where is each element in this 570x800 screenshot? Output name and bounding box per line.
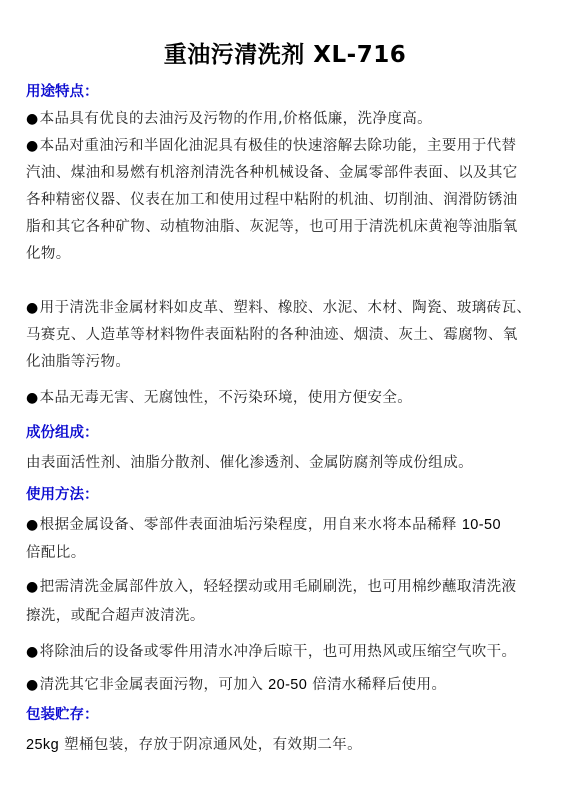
uses-line-9: 化油脂等污物。 xyxy=(26,350,130,371)
bullet-icon: ● xyxy=(26,300,39,316)
section-heading-packaging: 包装贮存： xyxy=(26,703,99,724)
uses-line-8: 马赛克、人造革等材料物件表面粘附的各种油迹、烟渍、灰土、霉腐物、氧 xyxy=(26,323,518,344)
usage-line-5: ●将除油后的设备或零件用清水冲净后晾干，也可用热风或压缩空气吹干。 xyxy=(26,640,516,661)
bullet-icon: ● xyxy=(26,138,39,154)
bullet-icon: ● xyxy=(26,677,39,693)
uses-line-4: 各种精密仪器、仪表在加工和使用过程中粘附的机油、切削油、润滑防锈油 xyxy=(26,188,518,209)
uses-line-3: 汽油、煤油和易燃有机溶剂清洗各种机械设备、金属零部件表面、以及其它 xyxy=(26,161,518,182)
paragraph-text: 用于清洗非金属材料如皮革、塑料、橡胶、水泥、木材、陶瓷、玻璃砖瓦、 xyxy=(40,300,532,316)
paragraph-text: 根据金属设备、零部件表面油垢污染程度，用自来水将本品稀释 xyxy=(40,517,457,533)
uses-line-7: ●用于清洗非金属材料如皮革、塑料、橡胶、水泥、木材、陶瓷、玻璃砖瓦、 xyxy=(26,296,531,317)
paragraph-text: 本品具有优良的去油污及污物的作用,价格低廉，洗净度高。 xyxy=(40,111,432,127)
bullet-icon: ● xyxy=(26,644,39,660)
section-heading-usage: 使用方法： xyxy=(26,483,99,504)
usage-line-6: ●清洗其它非金属表面污物，可加入 20-50 倍清水稀释后使用。 xyxy=(26,673,446,694)
usage-line-2: 倍配比。 xyxy=(26,541,86,562)
dilution-ratio: 20-50 xyxy=(268,677,307,693)
uses-line-5: 脂和其它各种矿物、动植物油脂、灰泥等，也可用于清洗机床黄袍等油脂氧 xyxy=(26,215,518,236)
section-heading-composition: 成份组成： xyxy=(26,421,99,442)
uses-line-1: ●本品具有优良的去油污及污物的作用,价格低廉，洗净度高。 xyxy=(26,107,432,128)
bullet-icon: ● xyxy=(26,517,39,533)
bullet-icon: ● xyxy=(26,111,39,127)
uses-line-10: ●本品无毒无害、无腐蚀性，不污染环境，使用方便安全。 xyxy=(26,386,412,407)
package-weight: 25kg xyxy=(26,737,59,753)
page-title: 重油污清洗剂 XL-716 xyxy=(0,36,570,69)
bullet-icon: ● xyxy=(26,390,39,406)
usage-line-4: 擦洗，或配合超声波清洗。 xyxy=(26,604,205,625)
uses-line-6: 化物。 xyxy=(26,242,71,263)
paragraph-text: 本品对重油污和半固化油泥具有极佳的快速溶解去除功能，主要用于代替 xyxy=(40,138,517,154)
paragraph-text: 把需清洗金属部件放入，轻轻摆动或用毛刷刷洗，也可用棉纱蘸取清洗液 xyxy=(40,579,517,595)
paragraph-text: 本品无毒无害、无腐蚀性，不污染环境，使用方便安全。 xyxy=(40,390,413,406)
usage-line-3: ●把需清洗金属部件放入，轻轻摆动或用毛刷刷洗，也可用棉纱蘸取清洗液 xyxy=(26,575,516,596)
packaging-line-1: 25kg 塑桶包装，存放于阴凉通风处，有效期二年。 xyxy=(26,733,362,754)
usage-line-1: ●根据金属设备、零部件表面油垢污染程度，用自来水将本品稀释 10-50 xyxy=(26,513,501,534)
paragraph-text: 倍清水稀释后使用。 xyxy=(312,677,446,693)
uses-line-2: ●本品对重油污和半固化油泥具有极佳的快速溶解去除功能，主要用于代替 xyxy=(26,134,516,155)
section-heading-uses: 用途特点： xyxy=(26,80,99,101)
paragraph-text: 塑桶包装，存放于阴凉通风处，有效期二年。 xyxy=(64,737,362,753)
paragraph-text: 清洗其它非金属表面污物，可加入 xyxy=(40,677,264,693)
composition-line-1: 由表面活性剂、油脂分散剂、催化渗透剂、金属防腐剂等成份组成。 xyxy=(26,451,473,472)
bullet-icon: ● xyxy=(26,579,39,595)
paragraph-text: 将除油后的设备或零件用清水冲净后晾干，也可用热风或压缩空气吹干。 xyxy=(40,644,517,660)
dilution-ratio: 10-50 xyxy=(462,517,501,533)
